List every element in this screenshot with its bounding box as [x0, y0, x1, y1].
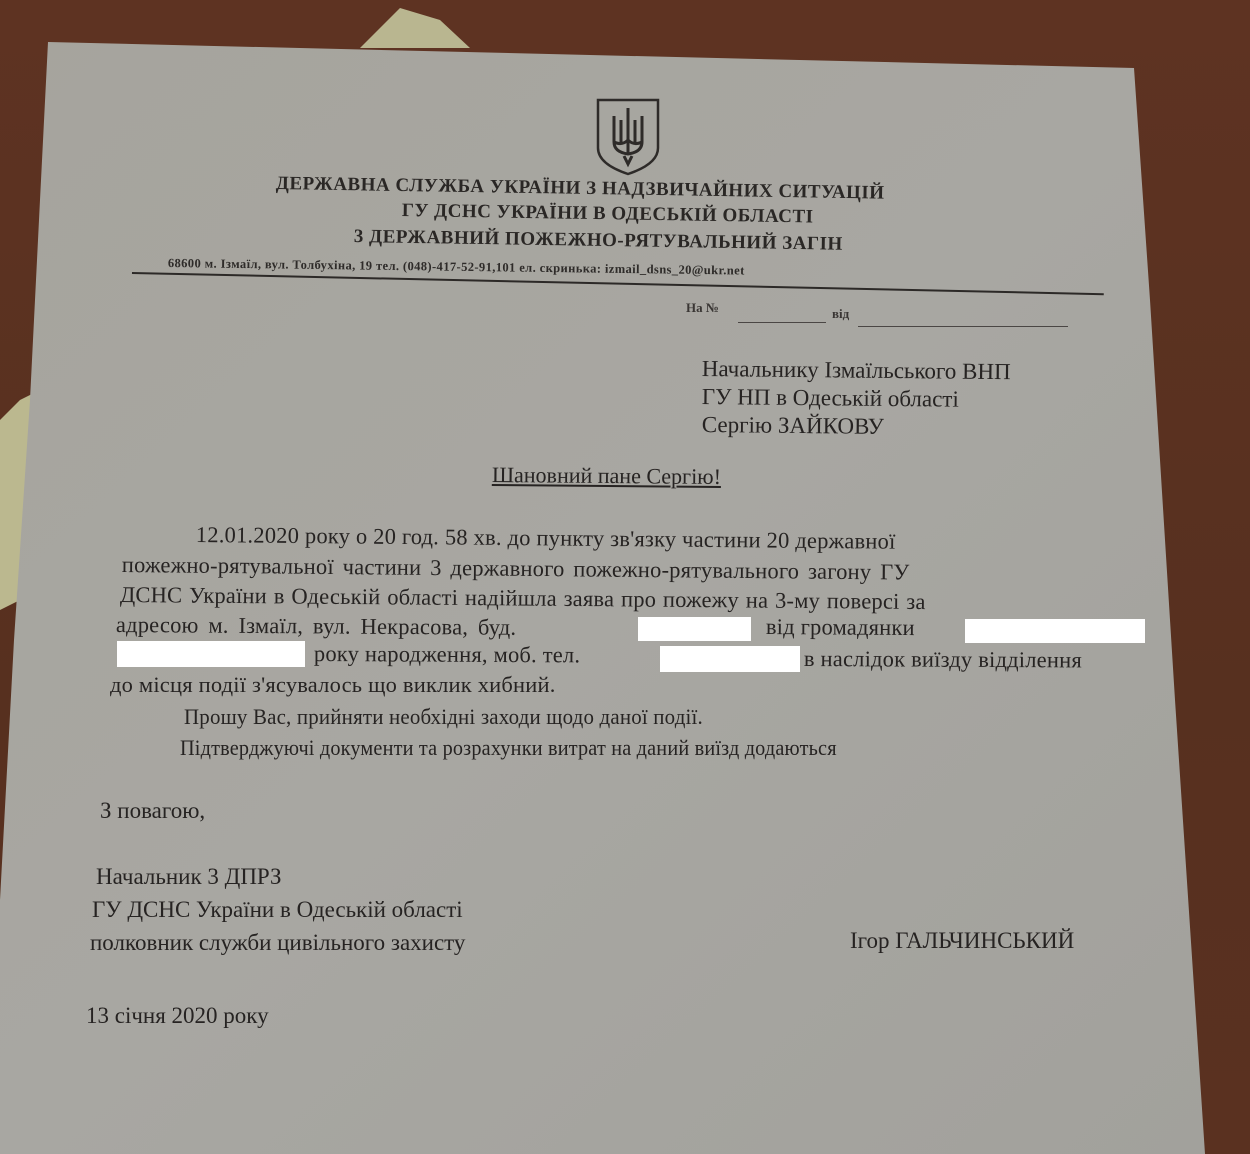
redacted-birth-date: [117, 641, 305, 667]
signatory-rank: полковник служби цивільного захисту: [90, 930, 465, 956]
body-line: ДСНС України в Одеській області надійшла…: [120, 582, 926, 615]
body-line: року народження, моб. тел.: [314, 641, 580, 668]
letterhead-regional-office: ГУ ДСНС УКРАЇНИ В ОДЕСЬКІЙ ОБЛАСТІ: [402, 200, 814, 228]
reference-number-label: На №: [686, 300, 719, 315]
redacted-citizen-name: [965, 619, 1145, 643]
body-attachments: Підтверджуючі документи та розрахунки ви…: [180, 735, 837, 761]
body-line: від громадянки: [766, 614, 915, 641]
signatory-department: ГУ ДСНС України в Одеській області: [92, 897, 463, 923]
body-line: до місця події з'ясувалось що виклик хиб…: [110, 672, 556, 698]
trident-coat-of-arms-icon: [594, 96, 662, 176]
body-line: 12.01.2020 року о 20 год. 58 хв. до пунк…: [196, 522, 896, 555]
letter-date: 13 січня 2020 року: [86, 1003, 269, 1029]
reference-date-label: від: [832, 306, 849, 322]
signatory-name: Ігор ГАЛЬЧИНСЬКИЙ: [850, 928, 1074, 954]
signatory-title: Начальник 3 ДПРЗ: [96, 864, 282, 890]
recipient-position: Начальнику Ізмаїльського ВНП: [702, 355, 1011, 386]
letter-content: ДЕРЖАВНА СЛУЖБА УКРАЇНИ З НАДЗВИЧАЙНИХ С…: [0, 0, 1250, 1154]
body-line: адресою м. Ізмаїл, вул. Некрасова, буд.: [116, 612, 517, 641]
reference-line: На №: [686, 300, 719, 316]
recipient-department: ГУ НП в Одеській області: [702, 383, 959, 414]
reference-number-blank: [738, 322, 826, 323]
letterhead-agency: ДЕРЖАВНА СЛУЖБА УКРАЇНИ З НАДЗВИЧАЙНИХ С…: [276, 173, 885, 205]
body-line: пожежно-рятувальної частини 3 державного…: [122, 552, 910, 586]
letterhead-unit: 3 ДЕРЖАВНИЙ ПОЖЕЖНО-РЯТУВАЛЬНИЙ ЗАГІН: [354, 226, 843, 256]
closing: З повагою,: [100, 798, 205, 824]
reference-date-blank: [858, 326, 1068, 327]
body-request: Прошу Вас, прийняти необхідні заходи щод…: [184, 704, 703, 730]
redacted-phone-number: [660, 646, 800, 672]
body-line: в наслідок виїзду відділення: [804, 646, 1082, 673]
recipient-name: Сергію ЗАЙКОВУ: [702, 411, 884, 441]
redacted-house-number: [638, 617, 751, 641]
salutation: Шановний пане Сергію!: [492, 462, 721, 490]
